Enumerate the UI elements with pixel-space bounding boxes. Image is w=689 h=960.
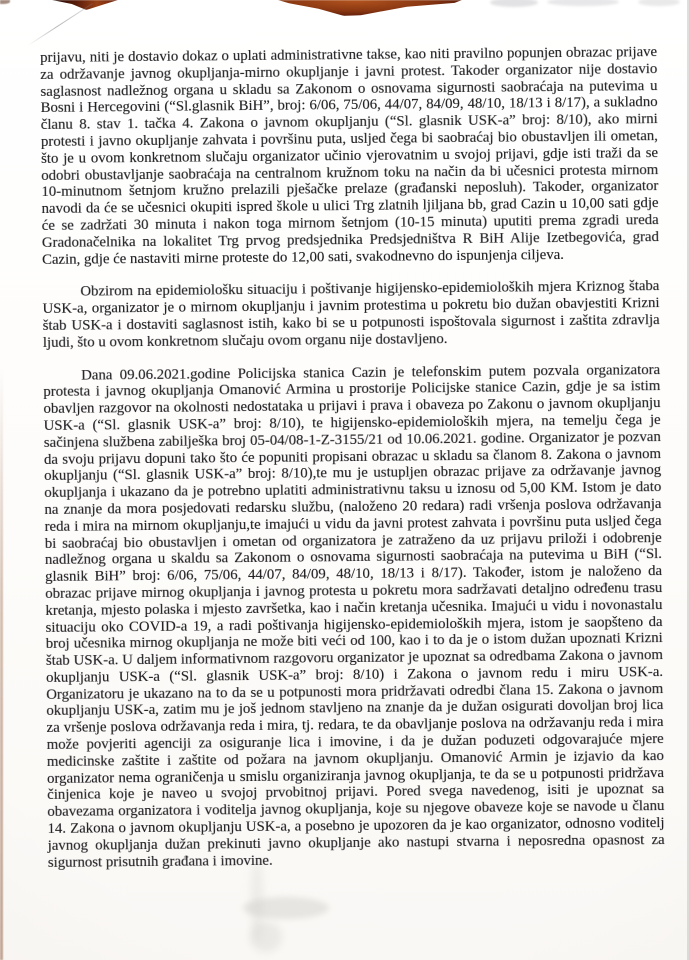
- paragraph-continuation: prijavu, niti je dostavio dokaz o uplati…: [40, 44, 659, 268]
- scan-smudge-top: [638, 0, 680, 6]
- paper-edge-left: [0, 368, 3, 960]
- document-text: prijavu, niti je dostavio dokaz o uplati…: [40, 44, 665, 887]
- backdrop-wedge-center: [278, 0, 462, 16]
- scan-smudge-top: [490, 0, 538, 7]
- scanned-page: prijavu, niti je dostavio dokaz o uplati…: [0, 0, 689, 960]
- paragraph-police-station-interview: Dana 09.06.2021.godine Policijska stanic…: [43, 362, 665, 872]
- backdrop-corner-mark: [0, 0, 10, 4]
- paper-crease-line: [28, 3, 93, 46]
- paragraph-epidemiological-measures: Obzirom na epidemiološku situaciju i poš…: [42, 278, 660, 351]
- scan-smudge-top: [547, 0, 619, 6]
